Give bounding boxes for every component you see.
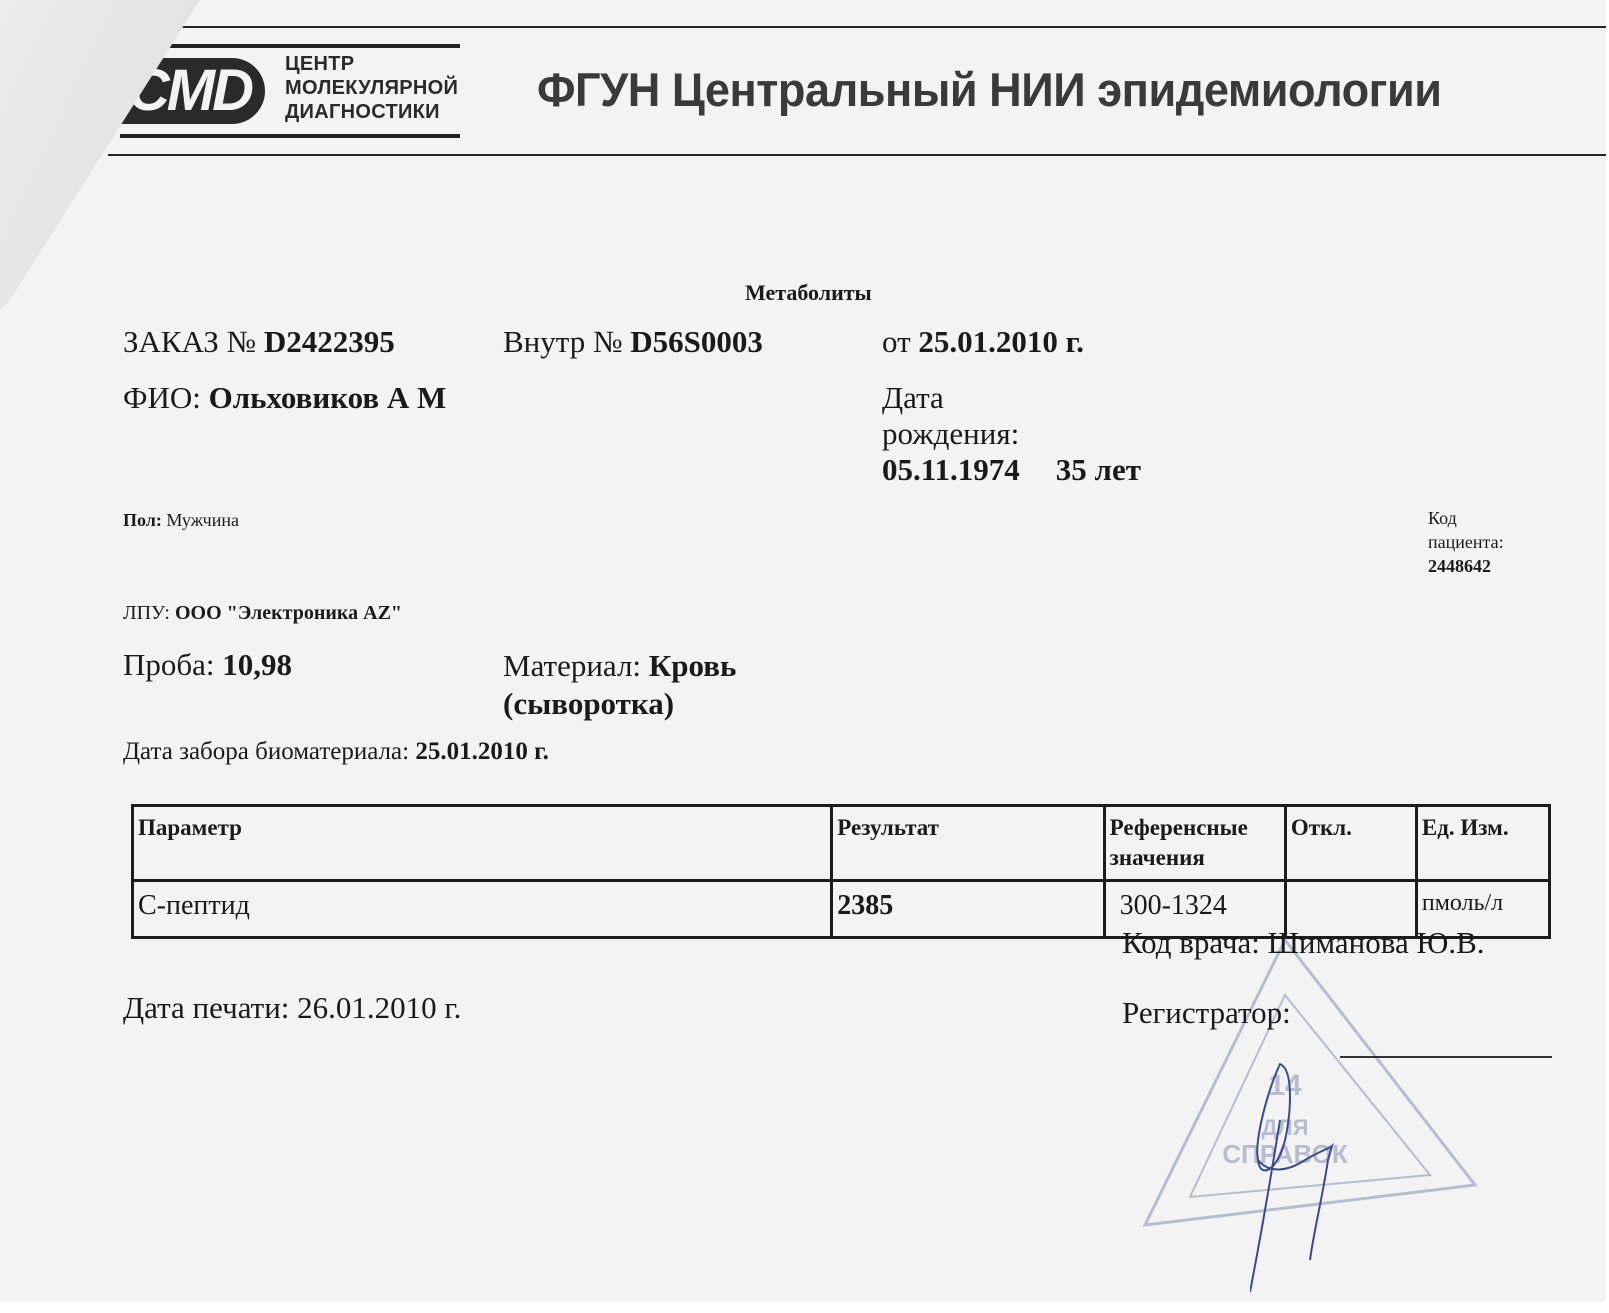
material-value-detail: (сыворотка) [503,685,736,723]
registrar-label: Регистратор: [1122,995,1291,1030]
sex-value: Мужчина [166,510,239,530]
results-table: Параметр Результат Референсные значения … [131,804,1551,939]
print-date-label: Дата печати: [123,990,289,1025]
order-label: ЗАКАЗ № [123,324,256,359]
col-deviation: Откл. [1285,806,1416,881]
sex: Пол: Мужчина [123,510,239,531]
header-rule-bottom [108,154,1606,156]
material-label: Материал: [503,648,641,683]
cell-result: 2385 [832,881,1104,938]
sex-label: Пол: [123,510,162,530]
birth-info: Дата рождения: 05.11.197435 лет [882,380,1141,488]
patient-code-label-1: Код [1428,506,1504,530]
order-date-label: от [882,324,911,359]
birth-label-1: Дата [882,380,1141,416]
lpu: ЛПУ: ООО "Электроника AZ" [123,602,402,625]
organization-title: ФГУН Центральный НИИ эпидемиологии [537,62,1442,117]
sample-value: 10,98 [222,647,292,682]
header-rule-top [95,26,1606,28]
print-date: Дата печати: 26.01.2010 г. [123,990,461,1026]
doctor-code: Код врача: Шиманова Ю.В. [1122,925,1485,961]
lpu-label: ЛПУ: [123,602,170,624]
signature-icon [1250,1060,1370,1300]
document-page: CMD ЦЕНТР МОЛЕКУЛЯРНОЙ ДИАГНОСТИКИ ФГУН … [0,0,1606,1302]
patient-code-label-2: пациента: [1428,530,1504,554]
material: Материал: Кровь (сыворотка) [503,647,736,723]
order-number: ЗАКАЗ № D2422395 [123,324,395,360]
section-title: Метаболиты [745,280,872,306]
print-date-value: 26.01.2010 г. [297,990,461,1025]
internal-number: Внутр № D56S0003 [503,324,763,360]
header-rule-logo-bottom [120,134,460,138]
logo-line-2: МОЛЕКУЛЯРНОЙ [285,76,458,100]
logo-line-3: ДИАГНОСТИКИ [285,100,458,124]
patient-code: Код пациента: 2448642 [1428,506,1504,578]
col-unit: Ед. Изм. [1416,806,1549,881]
col-parameter: Параметр [133,806,832,881]
patient-code-value: 2448642 [1428,554,1504,578]
sample-label: Проба: [123,647,215,682]
col-result: Результат [832,806,1104,881]
material-value: Кровь [649,648,737,683]
birth-date: 05.11.1974 [882,452,1020,487]
internal-label: Внутр № [503,324,623,359]
table-header-row: Параметр Результат Референсные значения … [133,806,1550,881]
logo-line-1: ЦЕНТР [285,52,458,76]
order-date: от 25.01.2010 г. [882,324,1084,360]
birth-label-2: рождения: [882,416,1141,452]
patient-age: 35 лет [1056,452,1141,487]
patient-name: ФИО: Ольховиков А М [123,380,446,416]
collection-date-value: 25.01.2010 г. [415,738,549,765]
collection-date: Дата забора биоматериала: 25.01.2010 г. [123,738,549,766]
sample: Проба: 10,98 [123,647,292,683]
doctor-label: Код врача: [1122,925,1260,960]
order-value: D2422395 [264,324,395,359]
registrar: Регистратор: [1122,995,1291,1031]
cell-parameter: С-пептид [133,881,832,938]
patient-name-label: ФИО: [123,380,201,415]
col-reference: Референсные значения [1104,806,1285,881]
lpu-value: ООО "Электроника AZ" [175,602,402,624]
registrar-signature-line [1340,1056,1552,1058]
patient-name-value: Ольховиков А М [209,380,447,415]
order-date-value: 25.01.2010 г. [918,324,1084,359]
header-rule-logo-top [170,44,460,48]
internal-value: D56S0003 [630,324,763,359]
logo-text: ЦЕНТР МОЛЕКУЛЯРНОЙ ДИАГНОСТИКИ [285,52,458,124]
doctor-value: Шиманова Ю.В. [1268,925,1485,960]
collection-date-label: Дата забора биоматериала: [123,738,409,765]
